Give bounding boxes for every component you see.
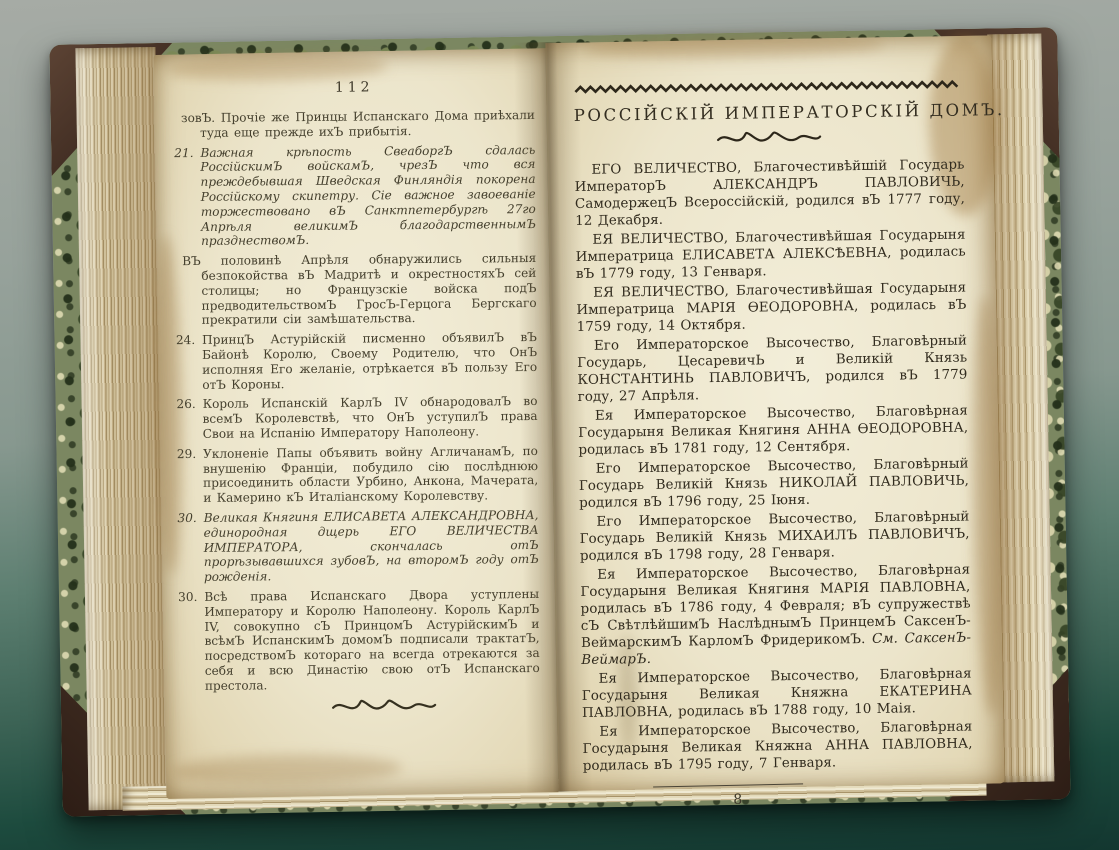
entry-number: 30. bbox=[177, 511, 203, 525]
paragraph-text: ЕГО ВЕЛИЧЕСТВО, Благочестивѣйшій Государ… bbox=[575, 158, 965, 229]
paragraph: Ея Императорское Высочество, Благовѣрная… bbox=[581, 666, 972, 722]
entry-text: ВЪ половинѣ Апрѣля обнаружились сильныя … bbox=[182, 251, 536, 327]
list-item: 24.ПринцЪ Астурійскій писменно объявилЪ … bbox=[176, 330, 538, 392]
page-number: 112 bbox=[174, 78, 535, 97]
paragraph-text: ЕЯ ВЕЛИЧЕСТВО, Благочестивѣйшая Государы… bbox=[576, 228, 966, 282]
list-item: 26.Король Испанскій КарлЪ IV обнародовал… bbox=[176, 394, 537, 442]
right-page: РОССІЙСКІЙ ИМПЕРАТОРСКІЙ ДОМЪ. ЕГО ВЕЛИЧ… bbox=[545, 35, 1004, 791]
entry-number: 30. bbox=[178, 590, 204, 604]
stain bbox=[172, 753, 402, 787]
entry-text: ПринцЪ Астурійскій писменно объявилЪ вЪ … bbox=[202, 330, 537, 391]
paragraph-text: Его Императорское Высочество, Благовѣрны… bbox=[579, 457, 969, 511]
end-flourish-ornament bbox=[329, 699, 439, 714]
paragraph: Ея Императорское Высочество, Благовѣрная… bbox=[580, 562, 971, 669]
entry-number: 24. bbox=[176, 333, 202, 347]
paragraph: Его Императорское Высочество, Благовѣрны… bbox=[577, 333, 968, 406]
signature-mark: 8 bbox=[733, 789, 973, 808]
open-book: 112 зовЪ. Прочіе же Принцы Испанскаго До… bbox=[49, 27, 1070, 816]
list-item: 30.Всѣ права Испанскаго Двора уступлены … bbox=[178, 587, 540, 694]
list-item: 21.Важная крѣпость СвеаборгЪ сдалась Рос… bbox=[174, 143, 536, 250]
entry-text: Уклоненіе Папы объявить войну АгличанамЪ… bbox=[203, 444, 538, 505]
paragraph: Его Императорское Высочество, Благовѣрны… bbox=[579, 456, 970, 512]
entry-text: Всѣ права Испанскаго Двора уступлены Имп… bbox=[204, 587, 540, 693]
entry-number: 26. bbox=[176, 397, 202, 411]
paragraph: ЕЯ ВЕЛИЧЕСТВО, Благочестивѣйшая Государы… bbox=[575, 227, 966, 283]
right-page-content: РОССІЙСКІЙ ИМПЕРАТОРСКІЙ ДОМЪ. ЕГО ВЕЛИЧ… bbox=[547, 36, 1004, 810]
entry-text: Великая Княгиня ЕЛИСАВЕТА АЛЕКСАНДРОВНА,… bbox=[204, 508, 539, 584]
list-item: 29.Уклоненіе Папы объявить войну Агличан… bbox=[177, 444, 539, 506]
list-item: ВЪ половинѣ Апрѣля обнаружились сильныя … bbox=[175, 251, 537, 328]
entry-text: Важная крѣпость СвеаборгЪ сдалась Россій… bbox=[200, 143, 536, 249]
paragraph: Ея Императорское Высочество, Благовѣрная… bbox=[578, 403, 969, 459]
photo-background: 112 зовЪ. Прочіе же Принцы Испанскаго До… bbox=[0, 0, 1119, 850]
page-title: РОССІЙСКІЙ ИМПЕРАТОРСКІЙ ДОМЪ. bbox=[574, 101, 964, 125]
paragraph-text: ЕЯ ВЕЛИЧЕСТВО, Благочестивѣйшая Государы… bbox=[576, 281, 966, 335]
zigzag-rule-ornament bbox=[573, 79, 963, 94]
paragraph: Ея Императорское Высочество, Благовѣрная… bbox=[582, 719, 973, 775]
entry-number: 29. bbox=[177, 447, 203, 461]
paragraph-text: Его Императорское Высочество, Благовѣрны… bbox=[580, 510, 970, 564]
entry-text: зовЪ. Прочіе же Принцы Испанскаго Дома п… bbox=[181, 108, 535, 140]
paragraph-text: Ея Императорское Высочество, Благовѣрная… bbox=[582, 667, 972, 721]
entry-number: 21. bbox=[174, 146, 200, 160]
paragraph: ЕЯ ВЕЛИЧЕСТВО, Благочестивѣйшая Государы… bbox=[576, 280, 967, 336]
paragraph-text: Ея Императорское Высочество, Благовѣрная… bbox=[582, 720, 972, 774]
list-item: зовЪ. Прочіе же Принцы Испанскаго Дома п… bbox=[174, 108, 535, 141]
title-flourish-ornament bbox=[714, 131, 824, 147]
list-item: 30.Великая Княгиня ЕЛИСАВЕТА АЛЕКСАНДРОВ… bbox=[177, 508, 539, 585]
paragraph: ЕГО ВЕЛИЧЕСТВО, Благочестивѣйшій Государ… bbox=[574, 157, 965, 230]
paragraph-text: Его Императорское Высочество, Благовѣрны… bbox=[577, 334, 967, 405]
signature-rule bbox=[653, 783, 803, 787]
paragraph: Его Императорское Высочество, Благовѣрны… bbox=[579, 509, 970, 565]
paragraph-text: Ея Императорское Высочество, Благовѣрная… bbox=[578, 404, 968, 458]
left-page-content: 112 зовЪ. Прочіе же Принцы Испанскаго До… bbox=[156, 50, 554, 716]
entry-text: Король Испанскій КарлЪ IV обнародовалЪ в… bbox=[203, 394, 538, 441]
left-page: 112 зовЪ. Прочіе же Принцы Испанскаго До… bbox=[154, 48, 559, 799]
